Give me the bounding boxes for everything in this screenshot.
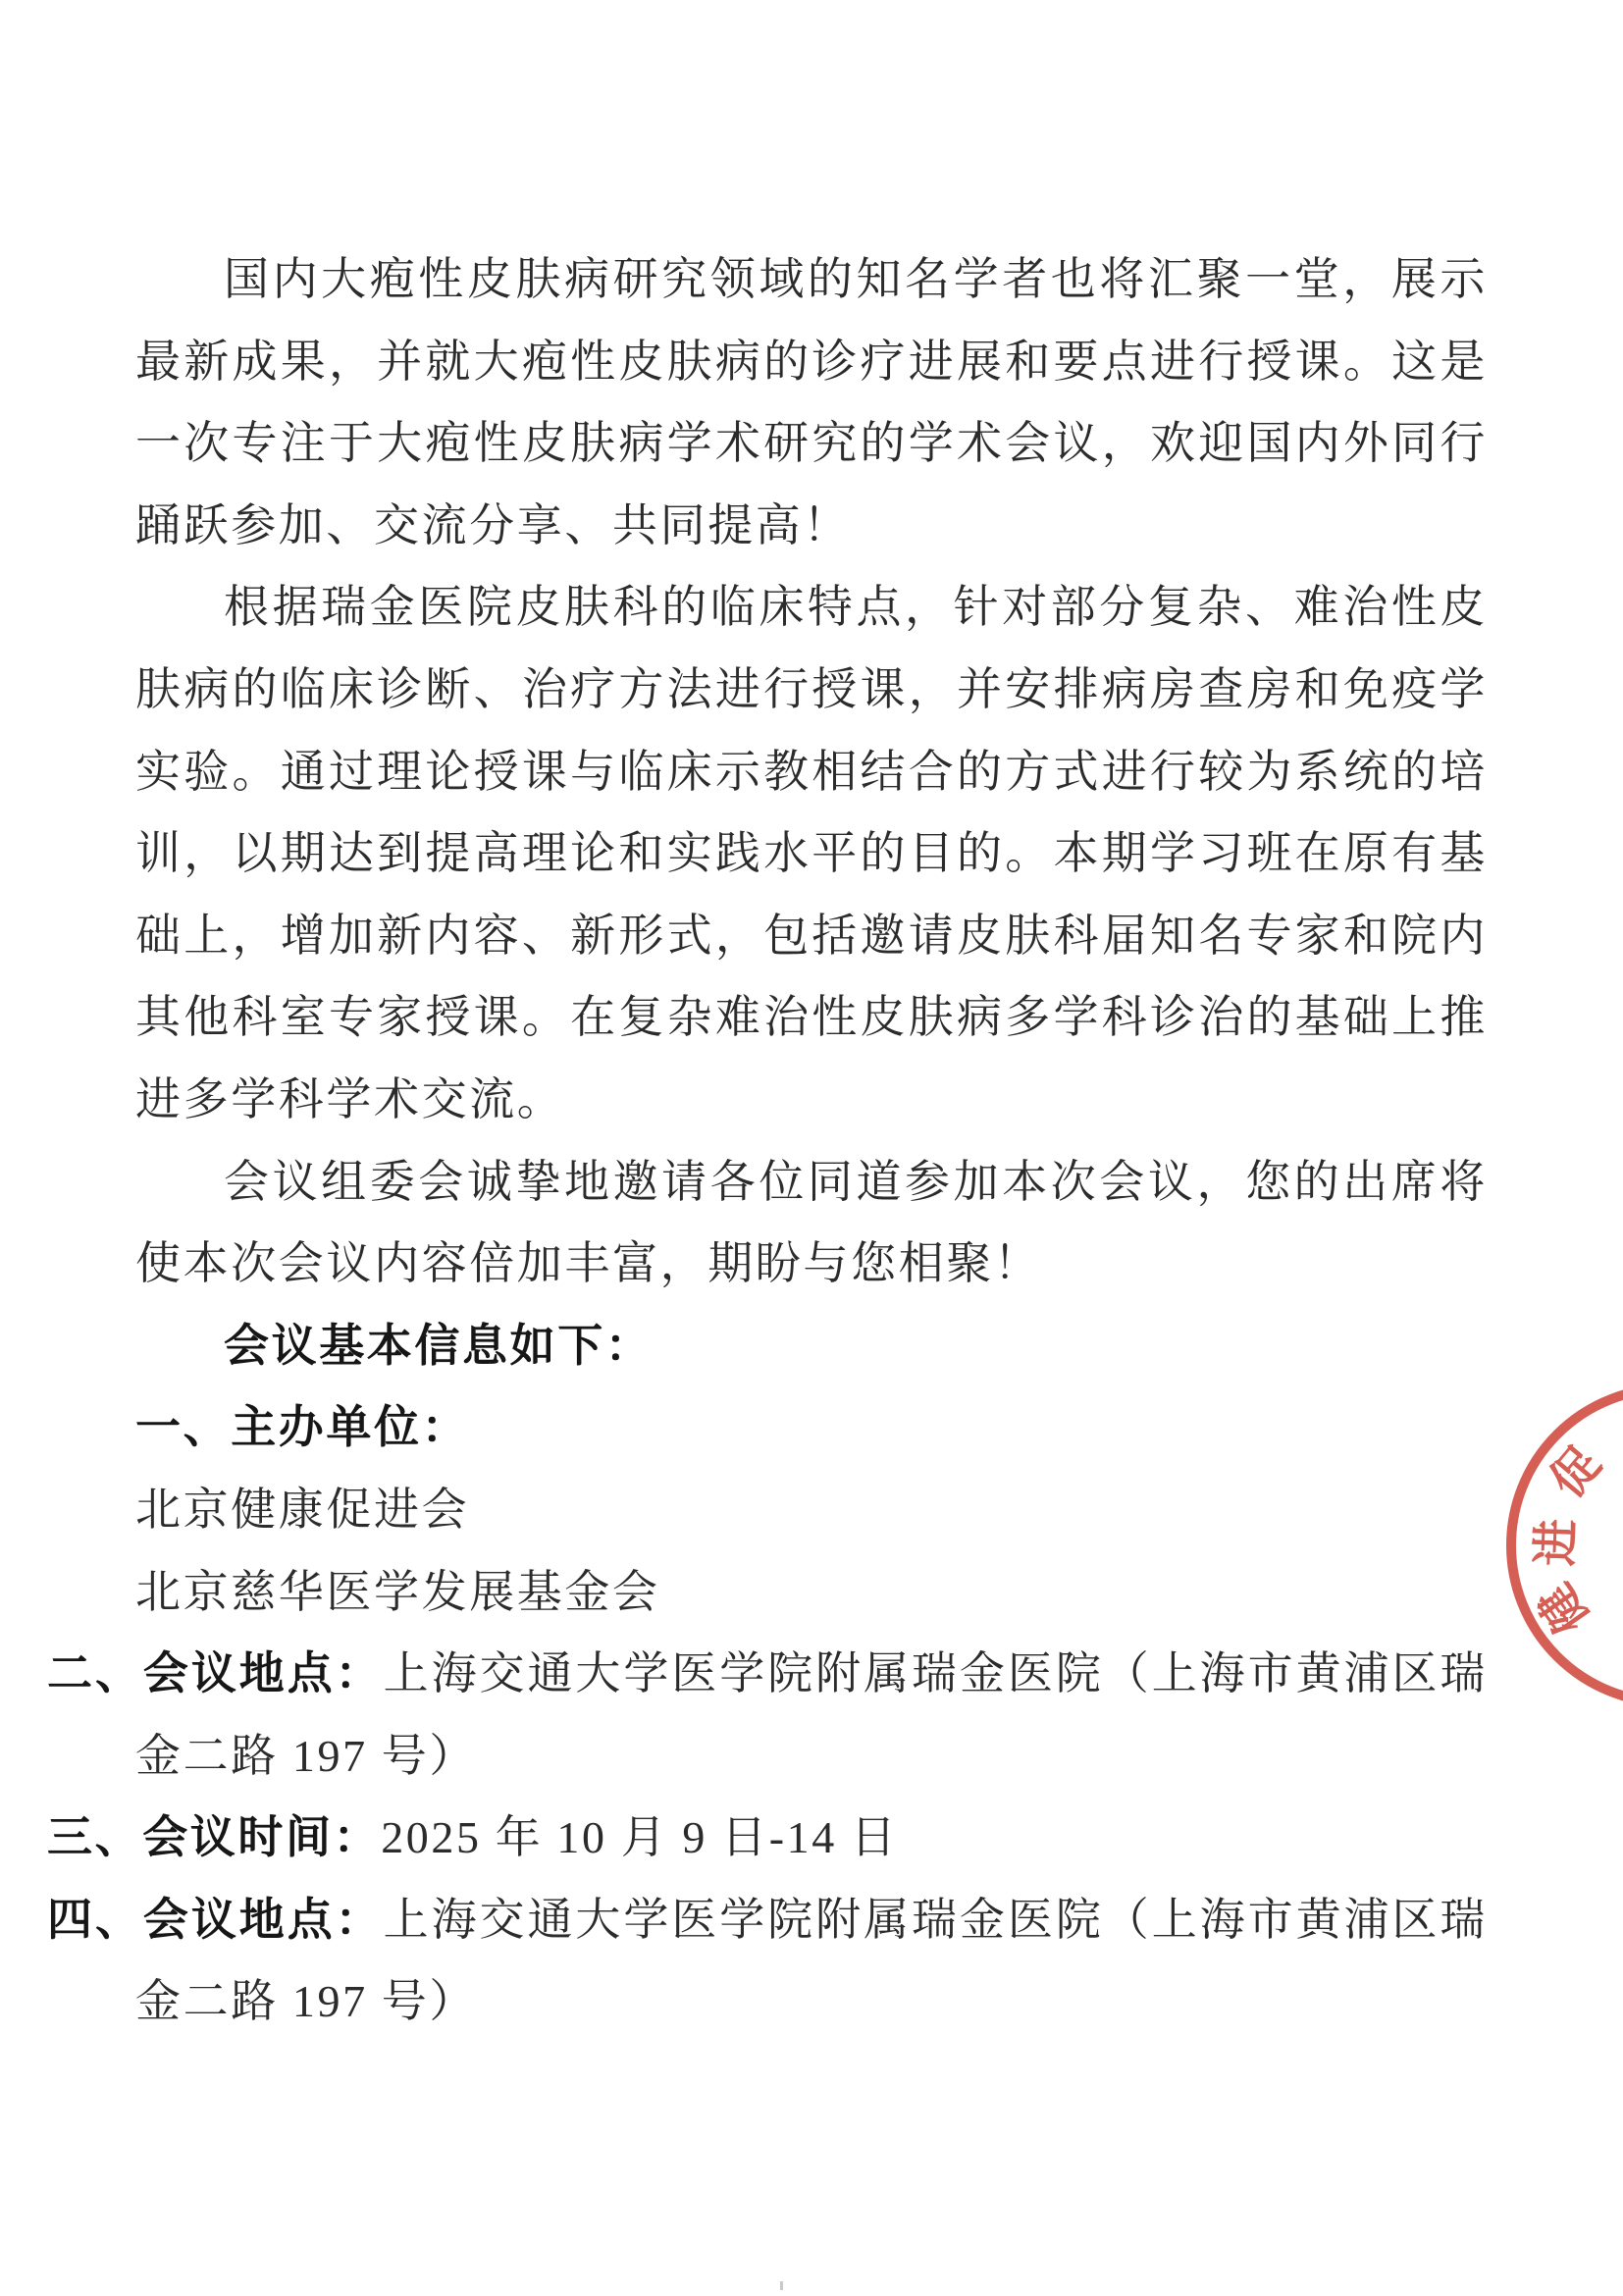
organizer-line-2: 北京慈华医学发展基金会 xyxy=(135,1551,1488,1634)
paragraph-3: 会议组委会诚挚地邀请各位同道参加本次会议，您的出席将使本次会议内容倍加丰富，期盼… xyxy=(135,1141,1488,1305)
info-item-venue-2: 四、会议地点：上海交通大学医学院附属瑞金医院（上海市黄浦区瑞金二路 197 号） xyxy=(135,1879,1488,2043)
scan-artifact xyxy=(780,2281,783,2290)
seal-char-2: 进 xyxy=(1530,1518,1584,1567)
official-seal: 促 进 健 xyxy=(1442,1369,1623,1722)
info-item-venue-2-label: 四、会议地点： xyxy=(47,1895,384,1945)
info-item-time: 三、会议时间：2025 年 10 月 9 日-14 日 xyxy=(135,1797,1488,1879)
paragraph-2: 根据瑞金医院皮肤科的临床特点，针对部分复杂、难治性皮肤病的临床诊断、治疗方法进行… xyxy=(135,566,1488,1140)
letter-body: 国内大疱性皮肤病研究领域的知名学者也将汇聚一堂，展示最新成果，并就大疱性皮肤病的… xyxy=(135,238,1488,2043)
info-heading: 会议基本信息如下： xyxy=(135,1305,1488,1387)
info-item-organizer-label: 一、主办单位： xyxy=(135,1402,469,1452)
info-item-organizer: 一、主办单位： xyxy=(135,1386,1488,1469)
organizer-line-1: 北京健康促进会 xyxy=(135,1469,1488,1551)
info-item-venue: 二、会议地点：上海交通大学医学院附属瑞金医院（上海市黄浦区瑞金二路 197 号） xyxy=(135,1633,1488,1797)
scanned-letter-page: 国内大疱性皮肤病研究领域的知名学者也将汇聚一堂，展示最新成果，并就大疱性皮肤病的… xyxy=(0,0,1623,2296)
paragraph-1: 国内大疱性皮肤病研究领域的知名学者也将汇聚一堂，展示最新成果，并就大疱性皮肤病的… xyxy=(135,238,1488,566)
info-item-time-text: 2025 年 10 月 9 日-14 日 xyxy=(381,1812,898,1862)
info-item-venue-label: 二、会议地点： xyxy=(47,1648,384,1698)
info-item-time-label: 三、会议时间： xyxy=(47,1812,381,1862)
seal-char-1: 促 xyxy=(1541,1438,1610,1508)
